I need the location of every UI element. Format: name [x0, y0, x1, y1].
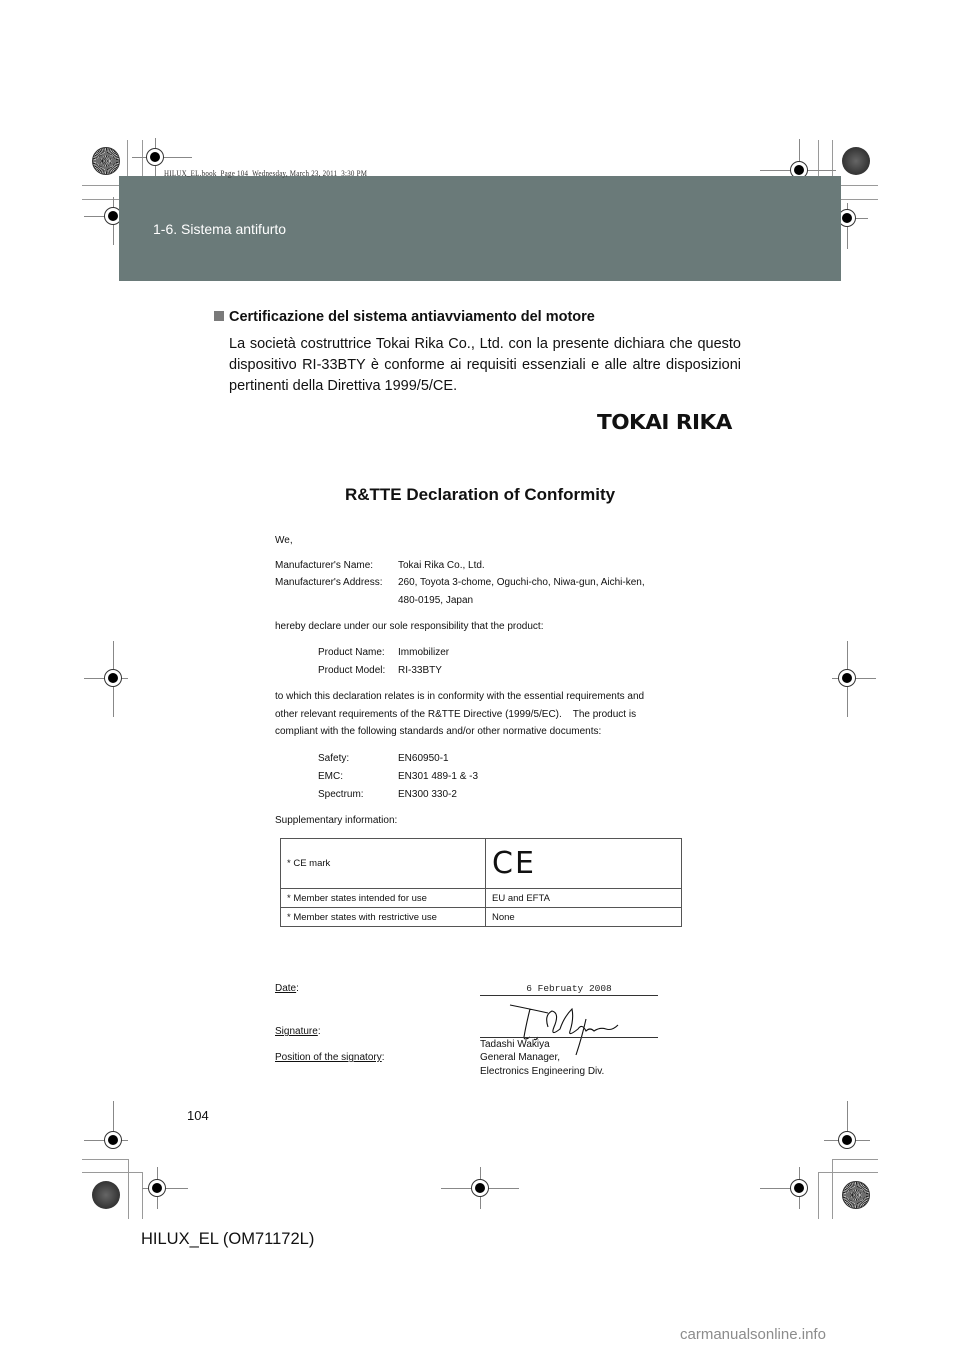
section-paragraph: La società costruttrice Tokai Rika Co., … — [229, 334, 741, 397]
conformity-line: compliant with the following standards a… — [275, 726, 601, 737]
supplementary-table: * CE mark CE * Member states intended fo… — [280, 838, 682, 927]
table-row: * Member states intended for use EU and … — [281, 889, 682, 908]
manufacturer-name-label: Manufacturer's Name: — [275, 560, 373, 571]
section-breadcrumb: 1-6. Sistema antifurto — [153, 221, 286, 237]
standard-label: Safety: — [318, 753, 349, 764]
conformity-line: to which this declaration relates is in … — [275, 691, 644, 702]
product-model-label: Product Model: — [318, 665, 385, 676]
crop-line — [818, 1172, 878, 1173]
signatory-name: Tadashi Wakiya — [480, 1039, 550, 1050]
table-cell-label: * Member states intended for use — [281, 889, 486, 908]
section-heading-text: Certificazione del sistema antiavviament… — [229, 309, 595, 325]
declaration-title: R&TTE Declaration of Conformity — [0, 485, 960, 505]
manufacturer-name: Tokai Rika Co., Ltd. — [398, 560, 485, 571]
table-cell-value: None — [486, 908, 682, 927]
square-bullet-icon — [214, 311, 224, 321]
product-name: Immobilizer — [398, 647, 449, 658]
section-heading: Certificazione del sistema antiavviament… — [214, 309, 595, 325]
standard-label: Spectrum: — [318, 789, 364, 800]
manufacturer-address-line2: 480-0195, Japan — [398, 595, 473, 606]
registration-sunburst-icon — [842, 1181, 870, 1209]
standard-value: EN301 489-1 & -3 — [398, 771, 478, 782]
table-cell-label: * CE mark — [281, 839, 486, 889]
crop-line — [818, 1172, 819, 1219]
supplementary-label: Supplementary information: — [275, 815, 397, 826]
ce-mark-icon: CE — [486, 839, 682, 889]
signatory-title: General Manager, — [480, 1052, 560, 1063]
declare-text: hereby declare under our sole responsibi… — [275, 621, 544, 632]
product-name-label: Product Name: — [318, 647, 385, 658]
date-value: 6 Februaty 2008 — [480, 983, 658, 994]
standard-value: EN60950-1 — [398, 753, 449, 764]
position-label: Position of the signatory: — [275, 1052, 385, 1063]
registration-disc-icon — [92, 1181, 120, 1209]
crop-line — [142, 1172, 143, 1219]
signatory-division: Electronics Engineering Div. — [480, 1066, 604, 1077]
tokai-rika-logo: TOKAI RIKA — [597, 410, 732, 434]
watermark: carmanualsonline.info — [680, 1326, 826, 1343]
crop-line — [128, 1159, 129, 1219]
table-row: * CE mark CE — [281, 839, 682, 889]
signature-line — [480, 1037, 658, 1038]
standard-label: EMC: — [318, 771, 343, 782]
print-stamp: HILUX_EL.book Page 104 Wednesday, March … — [164, 168, 367, 178]
standard-value: EN300 330-2 — [398, 789, 457, 800]
table-row: * Member states with restrictive use Non… — [281, 908, 682, 927]
table-cell-value: EU and EFTA — [486, 889, 682, 908]
table-cell-label: * Member states with restrictive use — [281, 908, 486, 927]
manufacturer-address-label: Manufacturer's Address: — [275, 577, 383, 588]
crop-line — [832, 1159, 878, 1160]
document-code: HILUX_EL (OM71172L) — [141, 1230, 314, 1249]
date-line — [480, 995, 658, 996]
product-model: RI-33BTY — [398, 665, 442, 676]
crop-line — [82, 1172, 142, 1173]
crop-line — [832, 1159, 833, 1219]
registration-disc-icon — [842, 147, 870, 175]
signature-label: Signature: — [275, 1026, 321, 1037]
date-label: Date: — [275, 983, 299, 994]
conformity-line: other relevant requirements of the R&TTE… — [275, 709, 636, 720]
crop-line — [82, 1159, 128, 1160]
manufacturer-address-line1: 260, Toyota 3-chome, Oguchi-cho, Niwa-gu… — [398, 577, 645, 588]
registration-sunburst-icon — [92, 147, 120, 175]
declaration-we: We, — [275, 535, 293, 546]
page-number: 104 — [187, 1108, 209, 1123]
